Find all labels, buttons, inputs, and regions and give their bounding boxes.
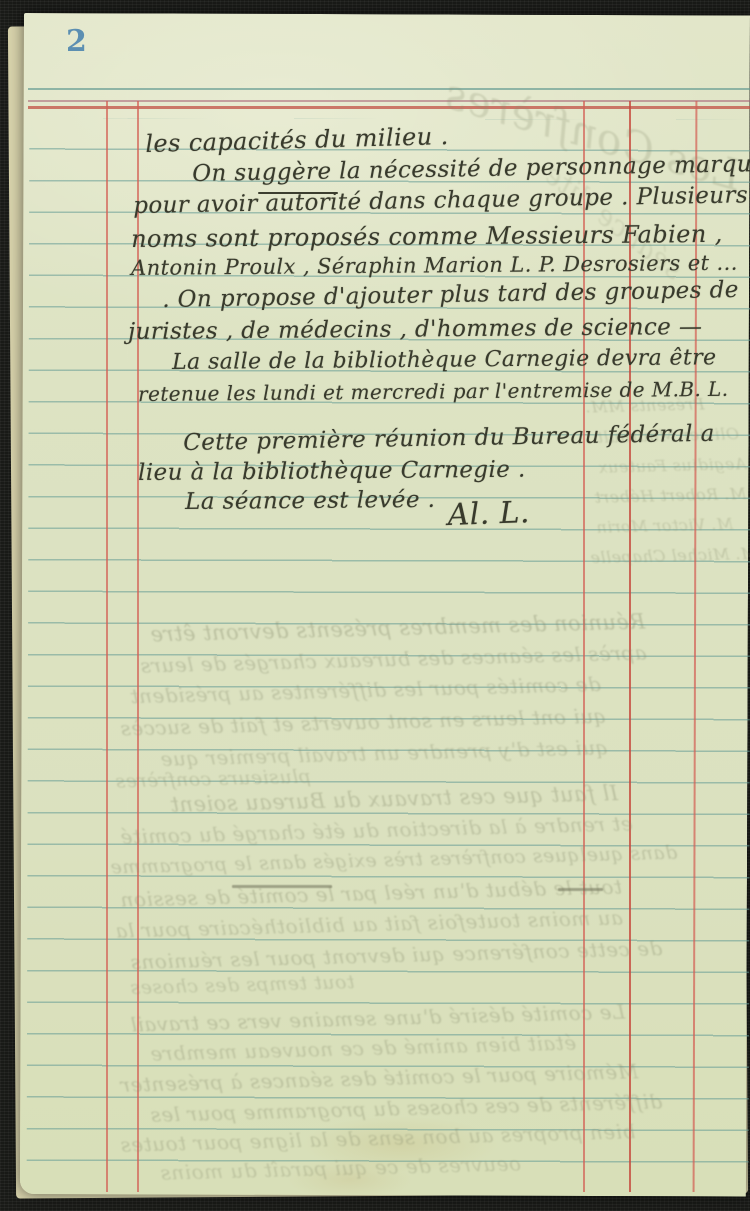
handwriting-line: . On propose d'ajouter plus tard des gro… [162, 277, 739, 313]
handwriting-line: retenue les lundi et mercredi par l'entr… [138, 377, 729, 406]
handwriting-line: pour avoir autorité dans chaque groupe .… [133, 182, 748, 219]
handwriting-line: juristes , de médecins , d'hommes de sci… [128, 314, 702, 345]
page-number-stamp: 2 [66, 24, 87, 59]
handwriting-line: Antonin Proulx , Séraphin Marion L. P. D… [131, 251, 738, 280]
handwriting-line: La séance est levée . [185, 487, 435, 515]
underline-la-necessite [258, 192, 338, 194]
handwriting-line: La salle de la bibliothèque Carnegie dev… [172, 345, 717, 375]
handwriting-line: lieu à la bibliothèque Carnegie . [138, 457, 526, 486]
scanned-ledger-photo: { "page_number": "2", "colors": { "paper… [0, 0, 750, 1211]
handwriting-line: les capacités du milieu . [145, 122, 449, 158]
handwriting-layer: les capacités du milieu .On suggère la n… [0, 0, 750, 1211]
handwriting-line: On suggère la nécessité de personnage ma… [192, 151, 750, 187]
signature: Al. L. [447, 495, 530, 533]
handwriting-line: noms sont proposés comme Messieurs Fabie… [131, 220, 723, 253]
handwriting-line: Cette première réunion du Bureau fédéral… [183, 421, 715, 456]
